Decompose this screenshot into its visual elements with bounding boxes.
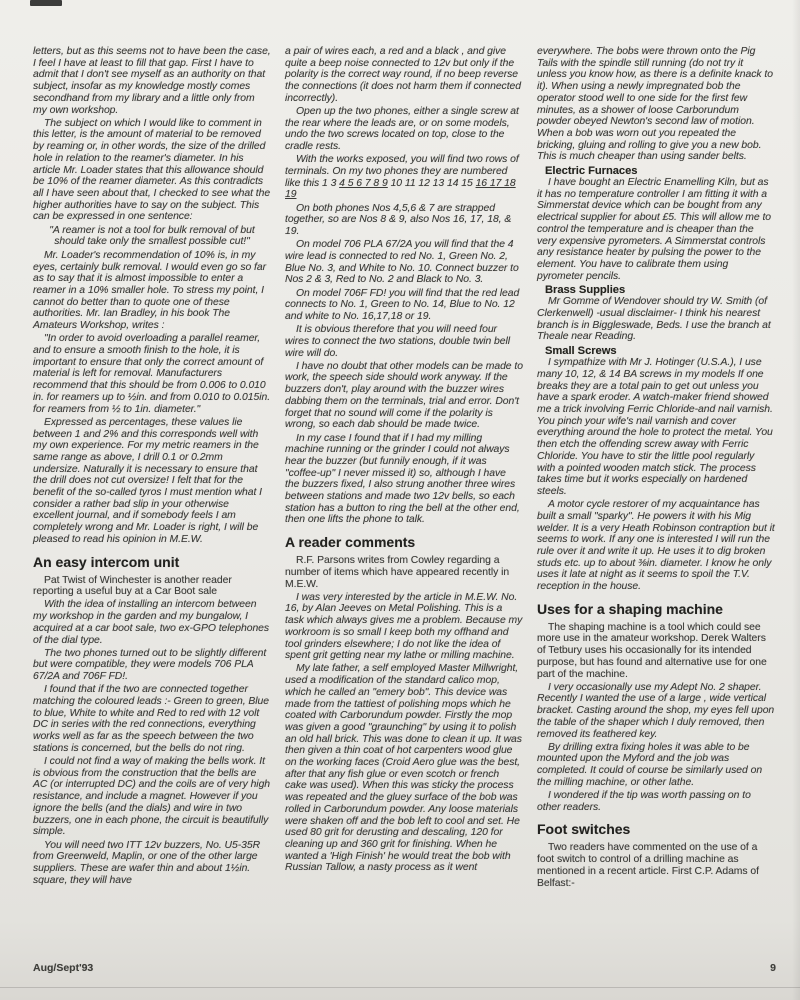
paragraph: On both phones Nos 4,5,6 & 7 are strappe… <box>285 203 523 238</box>
paragraph: Mr. Loader's recommendation of 10% is, i… <box>33 250 271 332</box>
paragraph: everywhere. The bobs were thrown onto th… <box>537 46 775 163</box>
paragraph: It is obvious therefore that you will ne… <box>285 324 523 359</box>
paragraph: The subject on which I would like to com… <box>33 118 271 223</box>
paragraph: With the idea of installing an intercom … <box>33 599 271 646</box>
paragraph: letters, but as this seems not to have b… <box>33 46 271 116</box>
paragraph: On model 706F FD! you will find that the… <box>285 288 523 323</box>
column-1: letters, but as this seems not to have b… <box>33 46 271 958</box>
paragraph: I sympathize with Mr J. Hotinger (U.S.A.… <box>537 357 775 497</box>
paragraph: "In order to avoid overloading a paralle… <box>33 333 271 415</box>
paragraph: I wondered if the tip was worth passing … <box>537 790 775 813</box>
paragraph: The two phones turned out to be slightly… <box>33 648 271 683</box>
section-heading: An easy intercom unit <box>33 554 271 570</box>
paragraph: I have no doubt that other models can be… <box>285 361 523 431</box>
paragraph: Expressed as percentages, these values l… <box>33 417 271 546</box>
page-edge-shadow <box>792 0 800 1000</box>
paragraph-text: 10 11 12 13 14 15 <box>388 178 476 189</box>
paragraph: In my case I found that if I had my mill… <box>285 433 523 527</box>
paragraph: Open up the two phones, either a single … <box>285 106 523 153</box>
paragraph: You will need two ITT 12v buzzers, No. U… <box>33 840 271 887</box>
page-bottom-rule <box>0 987 800 988</box>
paragraph: a pair of wires each, a red and a black … <box>285 46 523 105</box>
paragraph: Two readers have commented on the use of… <box>537 842 775 889</box>
issue-date: Aug/Sept'93 <box>33 962 93 974</box>
sub-heading: Electric Furnaces <box>537 165 775 178</box>
paragraph: Pat Twist of Winchester is another reade… <box>33 575 271 598</box>
underlined-terminal-numbers: 4 5 6 7 8 9 <box>339 178 388 189</box>
column-3: everywhere. The bobs were thrown onto th… <box>537 46 775 958</box>
paragraph: The shaping machine is a tool which coul… <box>537 622 775 681</box>
column-2: a pair of wires each, a red and a black … <box>285 46 523 958</box>
paragraph: My late father, a self employed Master M… <box>285 663 523 874</box>
paragraph: R.F. Parsons writes from Cowley regardin… <box>285 555 523 590</box>
paragraph: Mr Gomme of Wendover should try W. Smith… <box>537 296 775 343</box>
paragraph-terminal-numbers: With the works exposed, you will find tw… <box>285 154 523 201</box>
paragraph: I have bought an Electric Enamelling Kil… <box>537 177 775 282</box>
section-heading: Foot switches <box>537 821 775 837</box>
paragraph: By drilling extra fixing holes it was ab… <box>537 742 775 789</box>
section-heading: A reader comments <box>285 534 523 550</box>
scan-artifact-mark <box>30 0 62 6</box>
page-number: 9 <box>770 962 776 974</box>
sub-heading: Small Screws <box>537 345 775 358</box>
paragraph: I found that if the two are connected to… <box>33 684 271 754</box>
paragraph: A motor cycle restorer of my acquaintanc… <box>537 499 775 593</box>
magazine-page: letters, but as this seems not to have b… <box>0 0 800 1000</box>
section-heading: Uses for a shaping machine <box>537 601 775 617</box>
paragraph: I was very interested by the article in … <box>285 592 523 662</box>
block-quote: "A reamer is not a tool for bulk removal… <box>39 225 265 248</box>
paragraph: On model 706 PLA 67/2A you will find tha… <box>285 239 523 286</box>
page-footer: Aug/Sept'93 9 <box>33 962 776 974</box>
sub-heading: Brass Supplies <box>537 284 775 297</box>
paragraph: I could not find a way of making the bel… <box>33 756 271 838</box>
paragraph: I very occasionally use my Adept No. 2 s… <box>537 682 775 741</box>
text-columns: letters, but as this seems not to have b… <box>33 46 775 958</box>
